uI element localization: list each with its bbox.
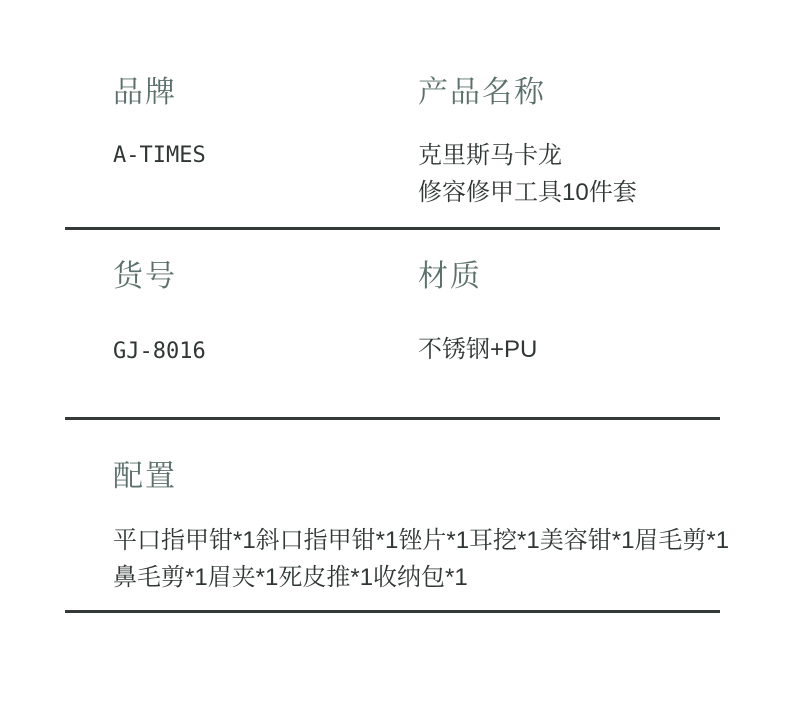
brand-value: A-TIMES xyxy=(113,141,206,171)
item-number-label: 货号 xyxy=(113,262,177,292)
configuration-value: 平口指甲钳*1斜口指甲钳*1锉片*1耳挖*1美容钳*1眉毛剪*1 鼻毛剪*1眉夹… xyxy=(113,522,729,596)
item-number-value: GJ-8016 xyxy=(113,337,206,367)
divider-1 xyxy=(65,227,720,230)
divider-3 xyxy=(65,610,720,613)
configuration-line-1: 平口指甲钳*1斜口指甲钳*1锉片*1耳挖*1美容钳*1眉毛剪*1 xyxy=(113,522,729,559)
product-name-line-1: 克里斯马卡龙 xyxy=(418,137,637,174)
divider-2 xyxy=(65,417,720,420)
material-value: 不锈钢+PU xyxy=(418,331,537,368)
product-spec-table: 品牌 产品名称 A-TIMES 克里斯马卡龙 修容修甲工具10件套 货号 材质 … xyxy=(0,0,790,711)
product-name-value: 克里斯马卡龙 修容修甲工具10件套 xyxy=(418,137,637,211)
configuration-line-2: 鼻毛剪*1眉夹*1死皮推*1收纳包*1 xyxy=(113,559,729,596)
brand-label: 品牌 xyxy=(113,78,177,108)
product-name-line-2: 修容修甲工具10件套 xyxy=(418,174,637,211)
material-label: 材质 xyxy=(418,262,482,292)
product-name-label: 产品名称 xyxy=(418,78,546,108)
configuration-label: 配置 xyxy=(113,462,177,492)
